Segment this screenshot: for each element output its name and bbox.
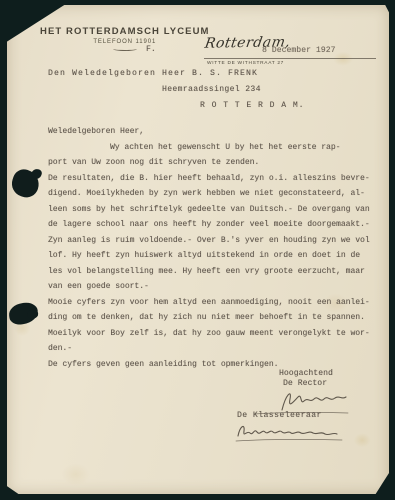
body-line: Zyn aanleg is ruim voldoende.- Over B.'s… [48, 233, 384, 249]
body-line: den.- [48, 341, 384, 357]
rector-title: De Rector [283, 379, 327, 388]
letterhead-flourish [113, 47, 137, 51]
telephone-number: TELEFOON 11901 [40, 39, 210, 45]
body-line: de lagere school naar ons heeft hy zonde… [48, 217, 384, 233]
valediction: Hoogachtend [279, 369, 333, 378]
body-line: les vol belangstelling mee. Hy heeft een… [48, 264, 384, 280]
body-line: leen soms by het schriftelyk gedeelte va… [48, 202, 384, 218]
teacher-title: De Klasseleeraar [237, 411, 322, 420]
punch-hole [8, 301, 40, 326]
recipient-name: Den Weledelgeboren Heer B. S. FRENK [48, 69, 258, 78]
body-line: De resultaten, die B. hier heeft behaald… [48, 171, 384, 187]
body-line: Moeilyk voor Boy zelf is, dat hy zoo gau… [48, 326, 384, 342]
letterhead: HET ROTTERDAMSCH LYCEUM TELEFOON 11901 [40, 26, 210, 51]
body-line: Wy achten het gewenscht U by het het eer… [48, 140, 384, 156]
street-line: WITTE DE WITHSTRAAT 27 [207, 61, 284, 66]
typed-date: 8 December 1927 [262, 46, 336, 55]
letter-paper: HET ROTTERDAMSCH LYCEUM TELEFOON 11901 F… [7, 5, 389, 494]
body-line: Mooie cyfers zyn voor hem altyd een aanm… [48, 295, 384, 311]
recipient-street: Heemraadssingel 234 [162, 85, 261, 94]
body-line: van een goede soort.- [48, 279, 384, 295]
body-line: De cyfers geven geen aanleiding tot opme… [48, 357, 384, 373]
teacher-signature [234, 422, 346, 446]
school-name: HET ROTTERDAMSCH LYCEUM [40, 26, 210, 37]
letter-body: Weledelgeboren Heer, Wy achten het gewen… [48, 124, 384, 372]
body-line: lof. Hy heeft zyn huiswerk altyd uitstek… [48, 248, 384, 264]
recipient-city: R O T T E R D A M. [200, 101, 304, 110]
date-rule [204, 58, 376, 59]
punch-hole [8, 166, 42, 200]
body-line: digend. Moeilykheden by zyn werk hebben … [48, 186, 384, 202]
body-line: ding om te denken, dat hy zich nu niet m… [48, 310, 384, 326]
salutation: Weledelgeboren Heer, [48, 124, 384, 140]
file-mark: F. [146, 45, 156, 54]
scanned-letter-page: { "letterhead": { "school_name": "HET RO… [0, 0, 395, 500]
body-line: port van Uw zoon nog dit schryven te zen… [48, 155, 384, 171]
